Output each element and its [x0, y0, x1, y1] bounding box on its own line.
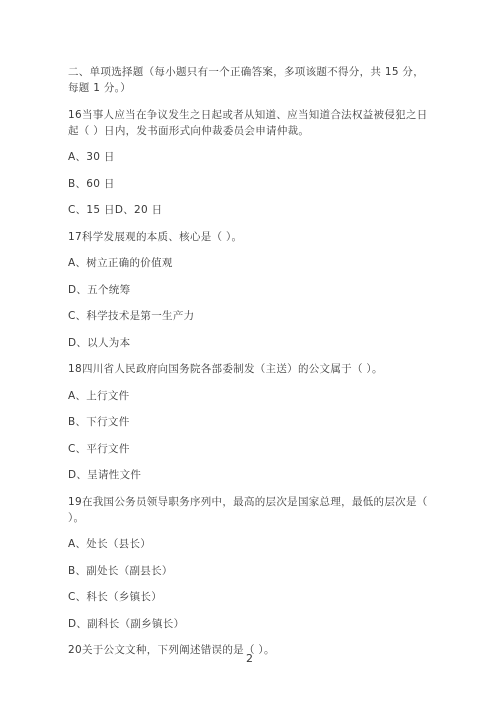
section-header: 二、单项选择题（每小题只有一个正确答案，多项该题不得分，共 15 分，每题 1 … — [68, 64, 432, 96]
question-19-option-d: D、副科长（副乡镇长） — [68, 616, 432, 632]
page-number: 2 — [0, 652, 499, 666]
question-18-option-b: B、下行文件 — [68, 414, 432, 430]
question-16-option-cd: C、15 日D、20 日 — [68, 202, 432, 218]
document-page: 二、单项选择题（每小题只有一个正确答案，多项该题不得分，共 15 分，每题 1 … — [0, 0, 499, 706]
question-17-option-c: C、科学技术是第一生产力 — [68, 308, 432, 324]
question-19-option-a: A、处长（县长） — [68, 536, 432, 552]
question-19-option-c: C、科长（乡镇长） — [68, 589, 432, 605]
question-19-option-b: B、副处长（副县长） — [68, 563, 432, 579]
question-18-option-a: A、上行文件 — [68, 388, 432, 404]
question-18-stem: 18四川省人民政府向国务院各部委制发（主送）的公文属于（ ）。 — [68, 361, 432, 377]
question-17-stem: 17科学发展观的本质、核心是（ ）。 — [68, 229, 432, 245]
document-content: 二、单项选择题（每小题只有一个正确答案，多项该题不得分，共 15 分，每题 1 … — [68, 64, 432, 669]
question-17-option-d2: D、以人为本 — [68, 335, 432, 351]
question-18-option-d: D、呈请性文件 — [68, 467, 432, 483]
question-16-option-b: B、60 日 — [68, 176, 432, 192]
question-16-stem: 16当事人应当在争议发生之日起或者从知道、应当知道合法权益被侵犯之日起（ ）日内… — [68, 107, 432, 139]
question-17-option-a: A、树立正确的价值观 — [68, 255, 432, 271]
question-17-option-d1: D、五个统筹 — [68, 282, 432, 298]
question-18-option-c: C、平行文件 — [68, 441, 432, 457]
question-19-stem: 19在我国公务员领导职务序列中，最高的层次是国家总理，最低的层次是（ ）。 — [68, 494, 432, 526]
question-16-option-a: A、30 日 — [68, 149, 432, 165]
